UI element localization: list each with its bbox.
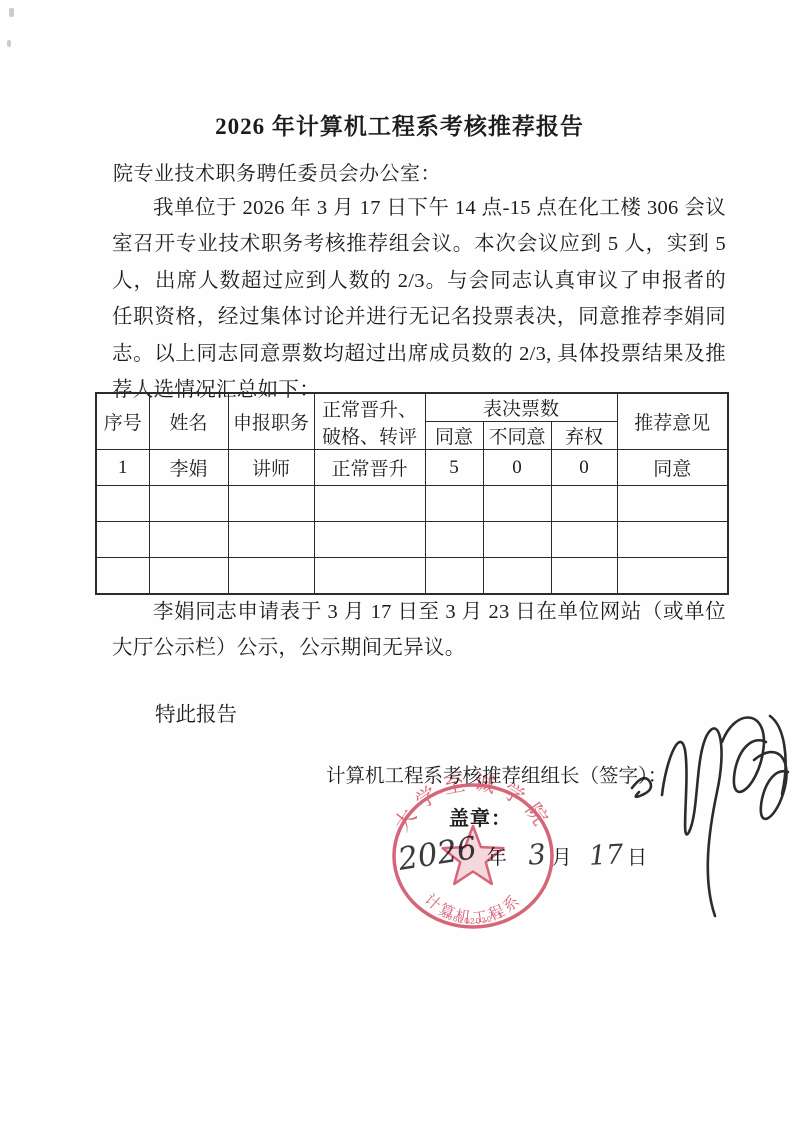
cell-disagree: [483, 486, 551, 522]
cell-abstain: [551, 558, 617, 594]
cell-seq: 1: [96, 450, 149, 486]
body-paragraph-publicity: 李娟同志申请表于 3 月 17 日至 3 月 23 日在单位网站（或单位大厅公示…: [112, 594, 726, 667]
col-header-agree: 同意: [425, 422, 483, 450]
col-header-recommendation: 推荐意见: [617, 393, 728, 450]
cell-disagree: [483, 558, 551, 594]
scan-speck: [7, 40, 11, 47]
table-row: 1 李娟 讲师 正常晋升 5 0 0 同意: [96, 450, 728, 486]
cell-disagree: [483, 522, 551, 558]
cell-recommendation: [617, 486, 728, 522]
table-row-empty: [96, 486, 728, 522]
cell-recommendation: [617, 522, 728, 558]
salutation-line: 院专业技术职务聘任委员会办公室：: [113, 157, 441, 186]
cell-position: [228, 522, 314, 558]
stamp-star-icon: [443, 826, 504, 884]
table-row-empty: [96, 522, 728, 558]
table-row-empty: [96, 558, 728, 594]
cell-agree: 5: [425, 450, 483, 486]
cell-promo-type: [314, 522, 425, 558]
handwritten-signature: [604, 698, 799, 930]
cell-recommendation: 同意: [617, 450, 728, 486]
cell-position: 讲师: [228, 450, 314, 486]
official-stamp: 大学至诚学院 计算机工程系 16610203073: [370, 766, 576, 946]
cell-seq: [96, 486, 149, 522]
col-header-seq: 序号: [96, 393, 149, 450]
body-paragraph-meeting: 我单位于 2026 年 3 月 17 日下午 14 点-15 点在化工楼 306…: [112, 190, 726, 408]
col-header-disagree: 不同意: [483, 422, 551, 450]
cell-promo-type: [314, 558, 425, 594]
cell-promo-type: 正常晋升: [314, 450, 425, 486]
vote-result-table: 序号 姓名 申报职务 正常晋升、破格、转评 表决票数 推荐意见 同意 不同意 弃…: [95, 392, 729, 595]
cell-agree: [425, 558, 483, 594]
cell-seq: [96, 522, 149, 558]
cell-position: [228, 486, 314, 522]
cell-name: [149, 486, 228, 522]
cell-agree: [425, 522, 483, 558]
cell-abstain: 0: [551, 450, 617, 486]
cell-abstain: [551, 486, 617, 522]
cell-abstain: [551, 522, 617, 558]
scan-speck: [9, 8, 14, 17]
cell-recommendation: [617, 558, 728, 594]
col-header-promo-type: 正常晋升、破格、转评: [314, 393, 425, 450]
cell-agree: [425, 486, 483, 522]
col-header-position: 申报职务: [228, 393, 314, 450]
page-title: 2026 年计算机工程系考核推荐报告: [0, 108, 799, 141]
cell-promo-type: [314, 486, 425, 522]
document-page: 2026 年计算机工程系考核推荐报告 院专业技术职务聘任委员会办公室： 我单位于…: [0, 0, 799, 1131]
cell-name: 李娟: [149, 450, 228, 486]
col-header-votes: 表决票数: [425, 393, 617, 422]
cell-name: [149, 522, 228, 558]
cell-seq: [96, 558, 149, 594]
col-header-name: 姓名: [149, 393, 228, 450]
closing-line: 特此报告: [155, 697, 237, 727]
cell-position: [228, 558, 314, 594]
cell-name: [149, 558, 228, 594]
cell-disagree: 0: [483, 450, 551, 486]
col-header-abstain: 弃权: [551, 422, 617, 450]
